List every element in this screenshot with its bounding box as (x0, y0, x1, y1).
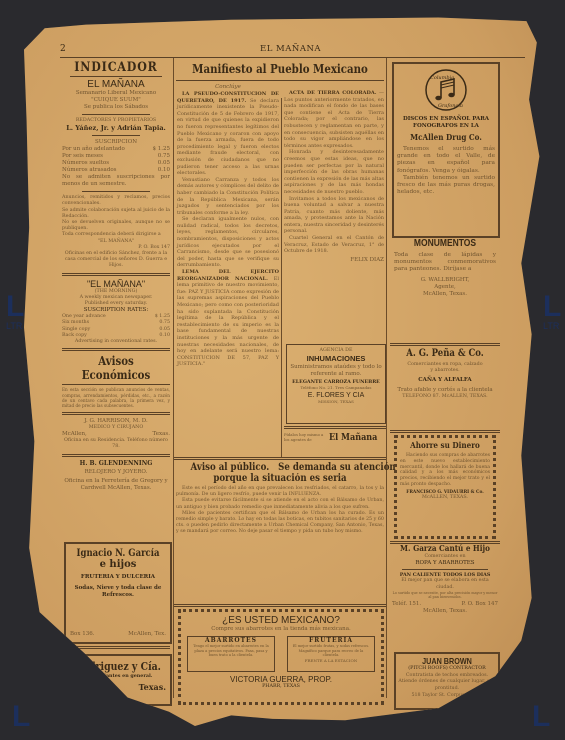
fruteria-location: FRENTE A LA ESTACION (288, 658, 374, 663)
paragraph-text: Invitamos a todos los mexicanos de buena… (284, 196, 384, 235)
monumentos-agent: G. WALLBRIGHT, (392, 277, 498, 284)
note: Toda correspondencia deberá dirigirse a (62, 232, 170, 238)
aviso-headline: Aviso al público. Se demanda su atención (191, 462, 370, 473)
aviso-para: Esta puede evitarse fácilmente si se ati… (176, 498, 384, 510)
pena-contact: TELEFONO 87. McALLEN, TEXAS. (392, 394, 498, 400)
columbia-text-2: También tenemos un surtido fresco de las… (397, 175, 495, 197)
pena-ad: A. G. Peña & Co. Comerciantes en ropa, c… (392, 348, 498, 401)
page-header: 2 EL MAÑANA (60, 44, 520, 58)
subscription-note: No se admiten suscripciones por menos de… (62, 174, 170, 188)
abarrotes-box: ABARROTES Tengo el mejor surtido en abar… (187, 636, 275, 672)
marker-label: LTR (6, 322, 24, 331)
paragraph-lead: ACTA DE TIERRA COLORADA. (289, 90, 377, 96)
english-ad-note: Advertising in conventional rates. (62, 339, 170, 345)
scan-marker-right: L LTR (543, 292, 561, 331)
aviso-article: Aviso al público. Se demanda su atención… (176, 462, 384, 536)
rate-price: 0.75 (158, 153, 170, 160)
rate-label: Por un año adelantado (62, 146, 125, 153)
garza-name: M. Garza Cantú e Hijo (400, 544, 490, 554)
garcia-products: Sodas, Nieve y toda clase de Refrescos. (70, 585, 166, 599)
rate-row: Números atrasados0.10 (62, 167, 170, 174)
abarrotes-title: ABARROTES (188, 637, 274, 644)
rodriguez-state: Texas. (139, 682, 166, 692)
left-column: INDICADOR EL MAÑANA Semanario Liberal Me… (62, 60, 170, 492)
inhumaciones-company: E. FLORES Y CIA (287, 392, 385, 399)
ahorre-ad: Ahorre su Dinero Haciendo sus compras de… (394, 435, 496, 539)
aviso-para: Este es el período del año en que preval… (176, 486, 384, 498)
promo-text: Pídalos hoy mismo a los agentes de (284, 433, 325, 442)
monumentos-role: Agente, (392, 284, 498, 291)
english-rates: One year advance$ 1.25Six months0.75Sing… (62, 314, 170, 339)
continuation: Conclúye (177, 84, 279, 91)
inhumaciones-ad: AGENCIA DE INHUMACIONES Suministramos at… (286, 344, 386, 424)
scan-marker-left: L LTR (6, 292, 24, 331)
manifiesto-col-1: Conclúye LA PSEUDO-CONSTITUCION DE QUERE… (177, 84, 279, 368)
editors: L. Yáñez, Jr. y Adrián Tapia. (62, 124, 170, 132)
marker-glyph: L (12, 702, 30, 732)
manifiesto-headline: Manifiesto al Pueblo Mexicano (190, 62, 370, 76)
promo-name: El Mañana (329, 432, 377, 443)
newspaper-page: 2 EL MAÑANA INDICADOR EL MAÑANA Semanari… (24, 14, 542, 726)
monumentos-ad: MONUMENTOS Toda clase de lápidas y monum… (392, 238, 498, 298)
garcia-business: FRUTERIA Y DULCERIA (66, 574, 170, 581)
article-paragraph: ACTA DE TIERRA COLORADA. —Los puntos ant… (284, 90, 384, 149)
paper-subtitle: Semanario Liberal Mexicano (62, 90, 170, 97)
aviso-ad-glendenning: H. B. GLENDENNING RELOJERO Y JOYERO. Ofi… (62, 460, 170, 492)
logo-top-text: Columbia (430, 75, 454, 81)
manifiesto-col-2: ACTA DE TIERRA COLORADA. —Los puntos ant… (284, 90, 384, 264)
garza-phone: Teléf. 151. (392, 601, 421, 608)
rate-price: $ 1.25 (153, 146, 171, 153)
monumentos-title: MONUMENTOS (400, 238, 490, 249)
article-paragraph: Venustiano Carranza y todos los demás au… (177, 177, 279, 217)
paragraph-text: Honrada y desinteresadamente creemos que… (284, 149, 384, 195)
logo-bottom-text: Grafonola (438, 103, 463, 109)
article-paragraph: LEMA DEL EJERCITO REORGANIZADOR NACIONAL… (177, 269, 279, 368)
masthead: EL MAÑANA (260, 44, 321, 54)
abarrotes-text: Tengo el mejor surtido en abarrotes en l… (190, 644, 272, 658)
el-manana-promo: Pídalos hoy mismo a los agentes de El Ma… (284, 432, 386, 443)
garcia-city: McAllen, Tex. (128, 631, 166, 638)
pena-feature: CAÑA Y ALFALFA (392, 377, 498, 384)
ad-detail: Oficina en su Residencia. Teléfono númer… (62, 438, 170, 450)
fruteria-box: FRUTERIA El mejor surtido frutas, y soda… (287, 636, 375, 672)
rodriguez-city: McAllen, (70, 682, 110, 692)
inhumaciones-phone: Teléfono No. 21. Tres Campanadas (287, 385, 385, 391)
aviso-ad-harrison: J. G. HARRISON, M. D. MEDICO Y CIRUJANO … (62, 418, 170, 451)
marker-glyph: L (543, 292, 561, 322)
article-paragraph: LA PSEUDO-CONSTITUCION DE QUERETARO, DE … (177, 91, 279, 177)
avisos-title: Avisos Económicos (70, 354, 162, 382)
garcia-name: Ignacio N. García (74, 548, 162, 559)
rate-price: 0.05 (158, 160, 170, 167)
scan-marker-bottom-right: L (532, 702, 550, 732)
pena-desc-2: y abarrotes. (392, 368, 498, 374)
aviso-para: Miles de pacientes certifican que el Bál… (176, 511, 384, 536)
avisos-intro: En esta sección se publican anuncios de … (62, 387, 170, 409)
article-paragraph: Invitamos a todos los mexicanos de buena… (284, 196, 384, 236)
brown-address: 518 Taylor St. Corpus Christi (396, 693, 498, 699)
columbia-text: Tenemos el surtido más grande en todo el… (397, 146, 495, 175)
garcia-box: Box 136. (70, 631, 94, 638)
english-title: "EL MAÑANA" (62, 279, 170, 289)
marker-glyph: L (532, 702, 550, 732)
fruteria-title: FRUTERIA (288, 637, 374, 644)
columbia-company: McAllen Drug Co. (402, 133, 490, 143)
ad-name: J. G. HARRISON, M. D. (62, 418, 170, 425)
note: No se devuelven originales, aunque no se… (62, 220, 170, 232)
garza-city: McAllen, Texas. (392, 608, 498, 615)
columbia-ad: Columbia Grafonola DISCOS EN ESPAÑOL PAR… (392, 62, 500, 238)
garza-box: P. O. Box 147 (462, 601, 498, 608)
mexicano-owner: VICTORIA GUERRA, PROP. (181, 675, 381, 684)
garza-fine: Lo surtido que se necesite, por alta pre… (392, 591, 498, 599)
brown-ad: JUAN BROWN (PITCH ROOFS) CONTRACTOR Cont… (394, 652, 500, 710)
paragraph-text: Se declara jurídicamente inexistente la … (177, 98, 279, 177)
mexicano-sub: Compre sus abarrotes en la tienda más me… (181, 626, 381, 633)
ad-detail: Oficina en la Ferretería de Gregory y Ca… (62, 478, 170, 492)
garcia-name-2: e hijos (66, 559, 170, 570)
inhumaciones-city: MISSION, TEXAS (287, 399, 385, 405)
scan-marker-bottom-left: L (12, 702, 30, 732)
paragraph-text: Se declaran igualmente nulos, con nulida… (177, 216, 279, 268)
garza-text: El mejor pan que se elabora en esta ciud… (392, 578, 498, 590)
rate-price: 0.10 (159, 333, 170, 339)
note: Se admite colaboración sujeta al juicio … (62, 208, 170, 220)
article-paragraph: Honrada y desinteresadamente creemos que… (284, 149, 384, 195)
inhumaciones-title: INHUMACIONES (287, 354, 385, 363)
paper-motto: "CUIQUE SUUM" (62, 97, 170, 104)
note: Anuncios, remitidos y reclamos, precios … (62, 195, 170, 207)
rodriguez-ad: Rodriguez y Cía. Comerciantes en general… (64, 654, 172, 706)
paragraph-text: El lema primitivo de nuestro movimiento,… (177, 276, 279, 368)
subscription-rates: Por un año adelantado$ 1.25Por seis mese… (62, 146, 170, 174)
page-number: 2 (60, 44, 66, 54)
rate-price: 0.10 (158, 167, 170, 174)
marker-label: LTR (543, 322, 561, 331)
rodriguez-name: Rodriguez y Cía. (74, 660, 162, 673)
article-paragraph: Cuartel General en el Cantón de Veracruz… (284, 235, 384, 255)
pena-name: A. G. Peña & Co. (400, 348, 490, 359)
paragraph-text: —Los puntos anteriormente tratados, en n… (284, 90, 384, 149)
fruteria-text: El mejor surtido frutas, y sodas refresc… (290, 644, 372, 658)
rate-row: Por un año adelantado$ 1.25 (62, 146, 170, 153)
signature: FELIX DIAZ (284, 257, 384, 264)
monumentos-city: McAllen, Texas. (392, 291, 498, 298)
rate-label: Números atrasados (62, 167, 117, 174)
aviso-headline-2: porque la situación es seria (191, 473, 370, 484)
inhumaciones-text: Suministramos ataúdes y todo lo referent… (289, 364, 383, 378)
mexicano-city: PHARR, TEXAS (181, 684, 381, 690)
paper-name: EL MAÑANA (62, 79, 170, 90)
monumentos-text: Toda clase de lápidas y monumentos conme… (394, 252, 496, 274)
mexicano-headline: ¿ES USTED MEXICANO? (181, 615, 381, 626)
ahorre-text: Haciendo sus compras de abarrotes en est… (400, 453, 490, 488)
brown-role: (PITCH ROOFS) CONTRACTOR (396, 666, 498, 672)
paragraph-lead: LEMA DEL EJERCITO REORGANIZADOR NACIONAL… (177, 269, 279, 282)
columbia-grafonola-logo-icon: Columbia Grafonola (424, 68, 468, 112)
brown-name: JUAN BROWN (404, 656, 491, 666)
office-address: Oficinas en el edificio Sánchez, frente … (62, 251, 170, 270)
marker-glyph: L (6, 292, 24, 322)
paragraph-text: Venustiano Carranza y todos los demás au… (177, 177, 279, 216)
notes: Anuncios, remitidos y reclamos, precios … (62, 195, 170, 238)
paper-schedule: Se publica los Sábados (62, 104, 170, 111)
ahorre-city: McALLEN, TEXAS. (397, 495, 493, 501)
rodriguez-desc: Comerciantes en general. (66, 673, 170, 679)
english-box: "EL MAÑANA" (THE MORNING) A weekly mexic… (62, 279, 170, 346)
garza-ad: M. Garza Cantú e Hijo Comerciantes en RO… (392, 544, 498, 615)
ad-name: H. B. GLENDENNING (62, 460, 170, 467)
ad-role: RELOJERO Y JOYERO. (62, 469, 170, 476)
columbia-headline: DISCOS EN ESPAÑOL PARA FONOGRAFOS EN LA (397, 116, 495, 130)
garcia-ad: Ignacio N. García e hijos FRUTERIA Y DUL… (64, 542, 172, 644)
brown-text: Contratista de techos embreados. Atiende… (398, 673, 496, 692)
garza-goods: ROPA Y ABARROTES (392, 560, 498, 567)
mexicano-ad: ¿ES USTED MEXICANO? Compre sus abarrotes… (178, 609, 384, 705)
indicador-title: INDICADOR (70, 60, 162, 75)
paragraph-text: Cuartel General en el Cantón de Veracruz… (284, 235, 384, 254)
article-paragraph: Se declaran igualmente nulos, con nulida… (177, 216, 279, 269)
ahorre-title: Ahorre su Dinero (404, 441, 486, 451)
